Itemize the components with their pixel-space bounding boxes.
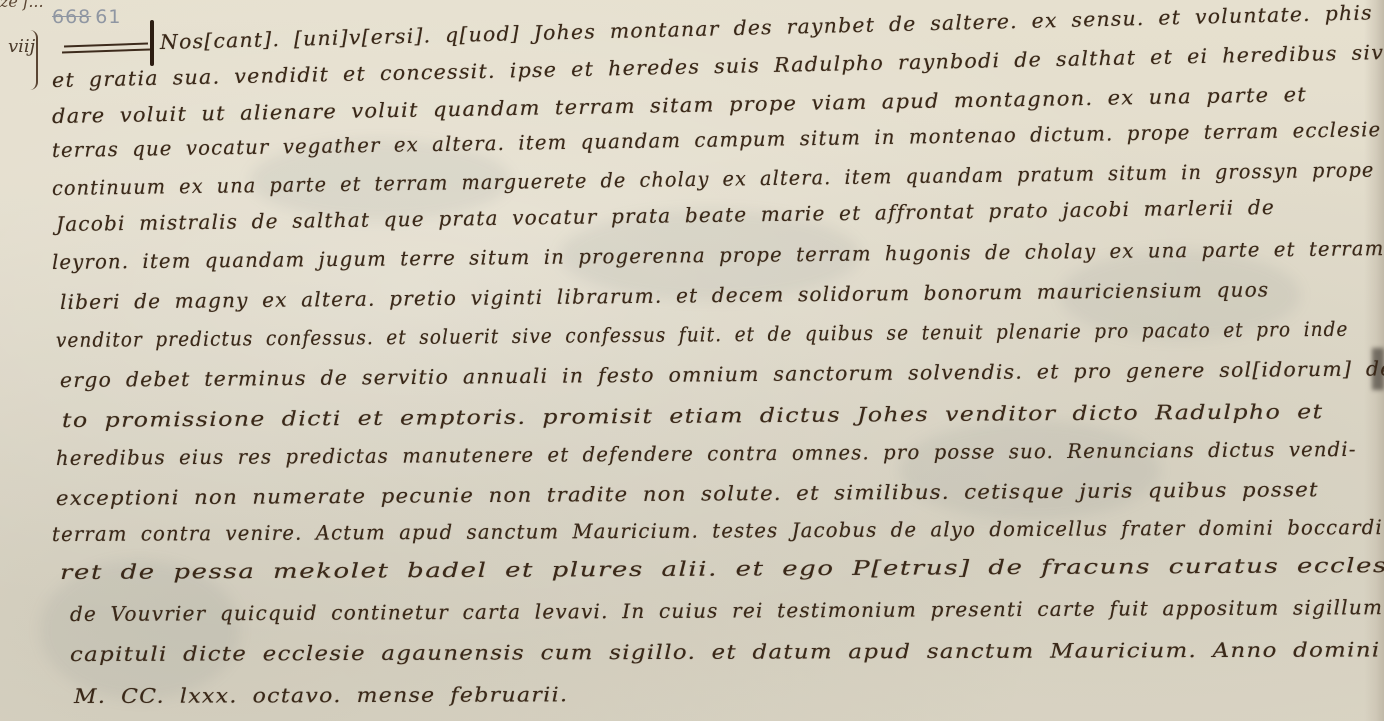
text-line: capituli dicte ecclesie agaunensis cum s… bbox=[70, 637, 1381, 666]
text-line: Jacobi mistralis de salthat que prata vo… bbox=[56, 195, 1275, 236]
text-line: liberi de magny ex altera. pretio vigint… bbox=[60, 277, 1270, 314]
text-line: venditor predictus confessus. et solueri… bbox=[56, 317, 1349, 352]
text-line: to promissione dicti et emptoris. promis… bbox=[62, 399, 1324, 432]
text-line: ergo debet terminus de servitio annuali … bbox=[60, 356, 1384, 392]
text-line: heredibus eius res predictas manutenere … bbox=[56, 437, 1357, 470]
text-line: ret de pessa mekolet badel et plures ali… bbox=[60, 553, 1384, 584]
text-line: M. CC. lxxx. octavo. mense februarii. bbox=[74, 682, 568, 708]
text-line: leyron. item quandam jugum terre situm i… bbox=[52, 236, 1384, 274]
text-line: de Vouvrier quicquid continetur carta le… bbox=[70, 595, 1383, 626]
charter-text: Nos[cant]. [uni]v[ersi]. q[uod] Johes mo… bbox=[0, 0, 1384, 721]
text-line: continuum ex una parte et terram marguer… bbox=[52, 156, 1384, 200]
text-line: terram contra venire. Actum apud sanctum… bbox=[52, 515, 1384, 546]
text-line: exceptioni non numerate pecunie non trad… bbox=[56, 477, 1319, 510]
